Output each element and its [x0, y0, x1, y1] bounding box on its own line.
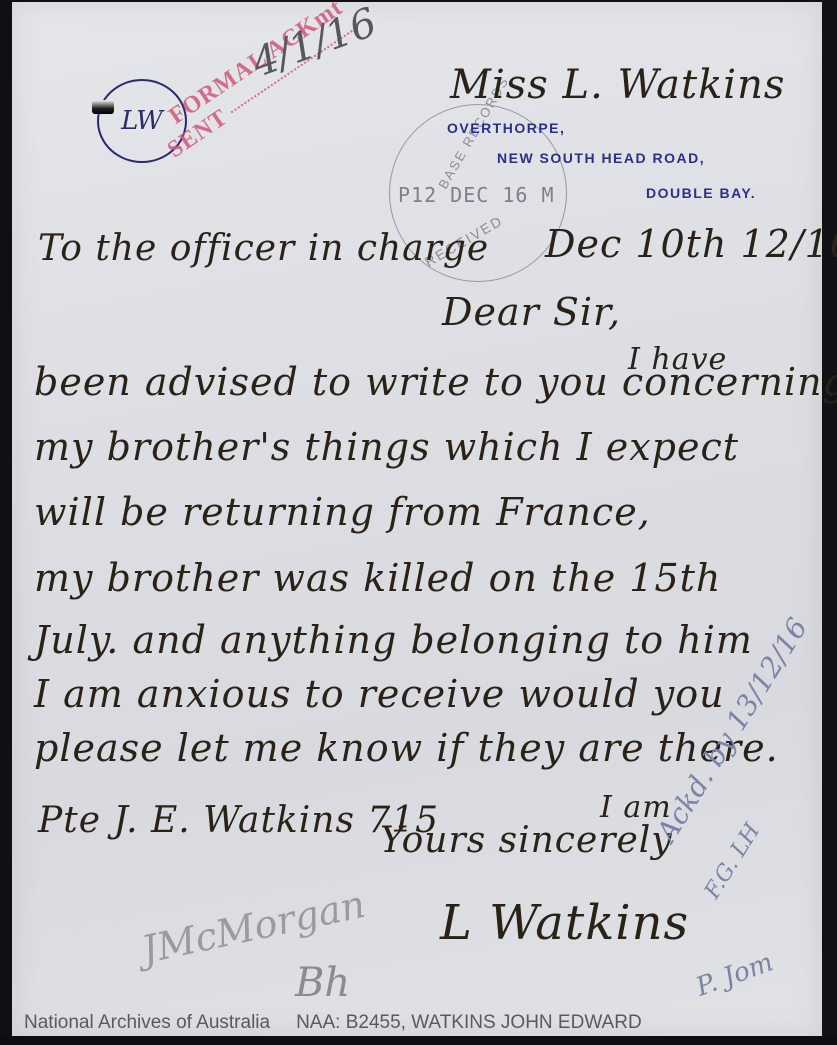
body-line-3: will be returning from France,	[34, 490, 651, 534]
soldier-reference: Pte J. E. Watkins 715	[38, 800, 439, 841]
body-line-7: please let me know if they are there.	[34, 726, 779, 770]
signature: L Watkins	[440, 895, 689, 951]
letterhead-line-3: DOUBLE BAY.	[646, 185, 756, 201]
body-line-6: I am anxious to receive would you	[34, 672, 725, 716]
scan-border-bottom	[0, 1036, 837, 1045]
letter-date: Dec 10th 12/16	[545, 222, 837, 266]
body-line-5: July. and anything belonging to him	[34, 618, 753, 662]
letterhead-line-2: NEW SOUTH HEAD ROAD,	[497, 150, 705, 166]
body-line-4: my brother was killed on the 15th	[34, 556, 721, 600]
addressee: To the officer in charge	[38, 228, 489, 269]
archive-footer: National Archives of AustraliaNAA: B2455…	[24, 1012, 642, 1034]
letterhead-line-1: OVERTHORPE,	[447, 120, 565, 136]
archive-reference: NAA: B2455, WATKINS JOHN EDWARD	[296, 1012, 642, 1033]
closing: Yours sincerely	[380, 820, 673, 861]
pencil-note: Bh	[295, 960, 350, 1006]
postmark-date: P12 DEC 16 M	[398, 183, 555, 207]
scan-border-right	[822, 0, 837, 1045]
salutation: Dear Sir,	[442, 290, 621, 334]
sender-name: Miss L. Watkins	[450, 62, 785, 108]
archive-name: National Archives of Australia	[24, 1012, 270, 1033]
body-line-2: my brother's things which I expect	[34, 425, 739, 469]
body-line-1: been advised to write to you concerning	[34, 360, 837, 404]
paper-clip-icon	[92, 100, 114, 114]
